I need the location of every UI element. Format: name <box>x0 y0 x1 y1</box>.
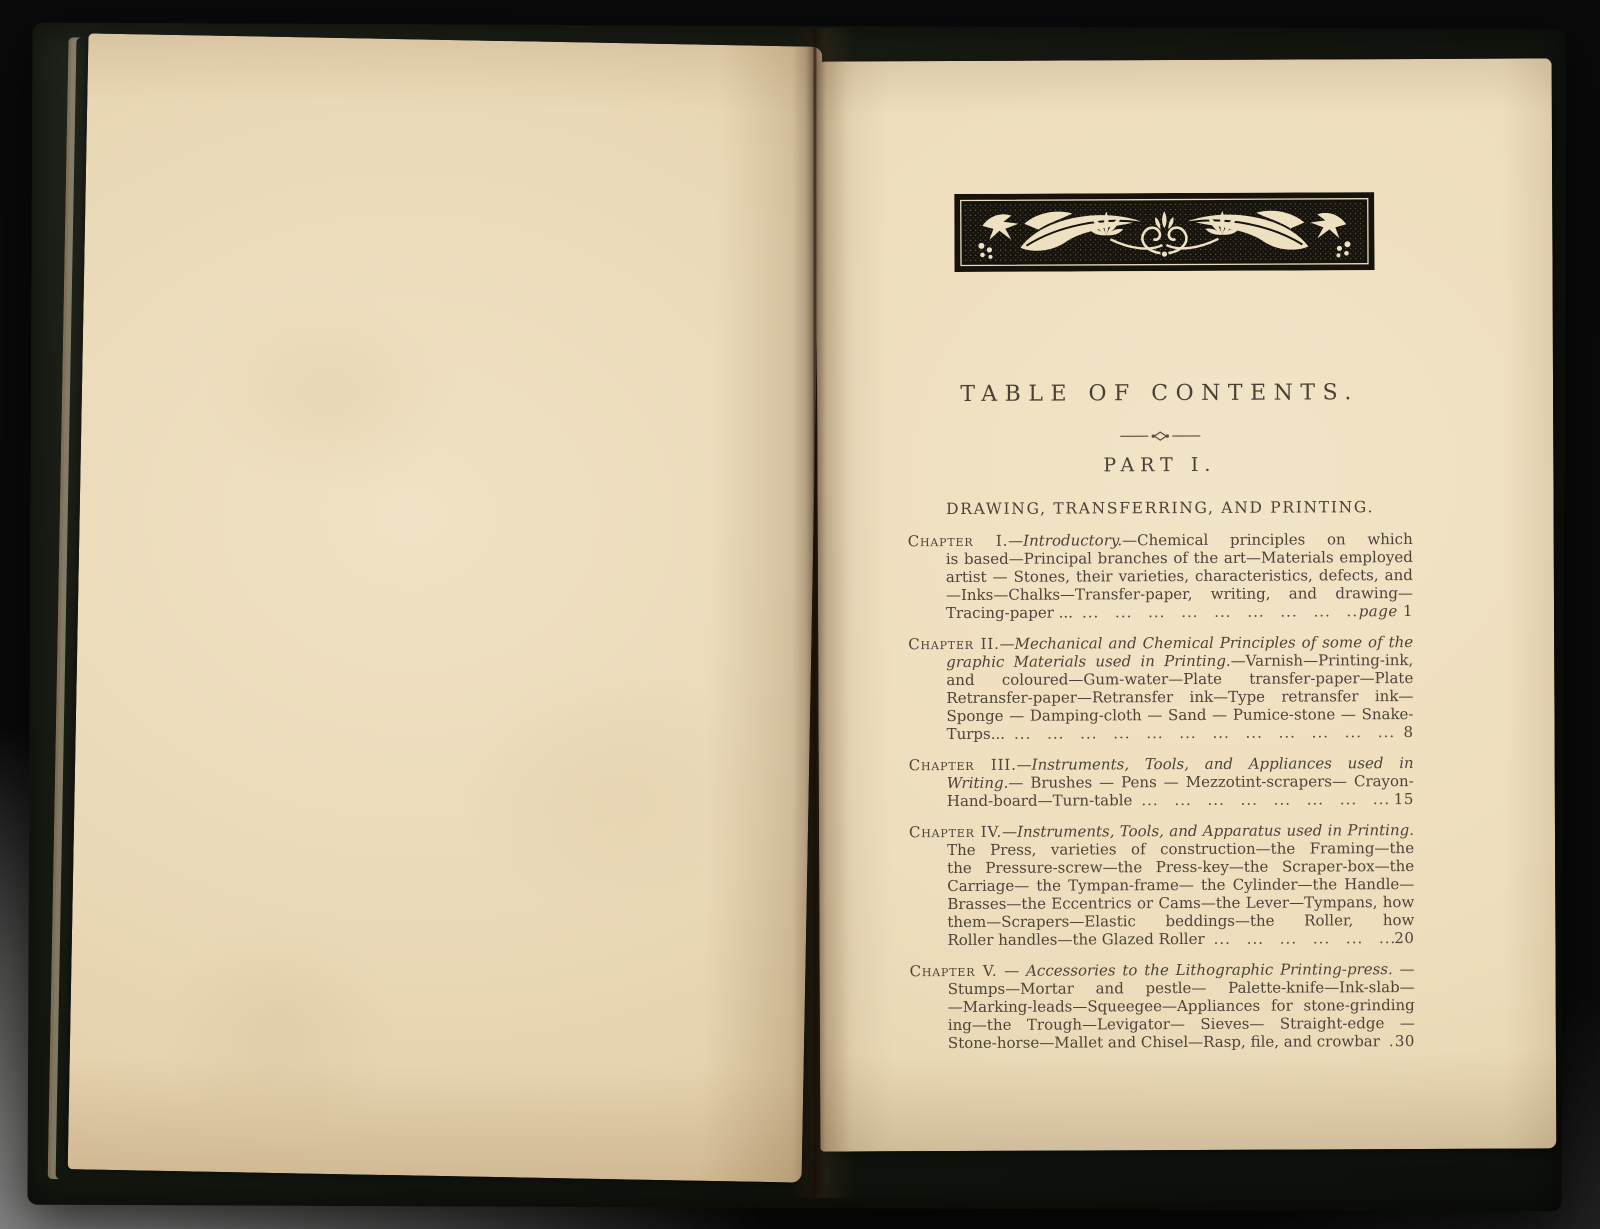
toc-line: Chapter V. — Accessories to the Lithogra… <box>910 960 1415 980</box>
toc-line-text: Hand-board—Turn-table <box>947 791 1133 810</box>
toc-line: Retransfer-paper—Retransfer ink—Type ret… <box>908 687 1413 707</box>
part-subtitle: DRAWING, TRANSFERRING, AND PRINTING. <box>908 497 1413 519</box>
dot-leader: ... ... ... ... ... ... ... ... ... ... … <box>1132 790 1393 809</box>
toc-line: graphic Materials used in Printing.—Varn… <box>908 651 1413 671</box>
toc-line: Hand-board—Turn-table... ... ... ... ...… <box>909 790 1414 810</box>
toc-line: Turps...... ... ... ... ... ... ... ... … <box>909 723 1414 743</box>
page-number: 20 <box>1394 929 1414 947</box>
toc-line: Chapter I.—Introductory.—Chemical princi… <box>908 530 1413 550</box>
dot-leader: ... ... ... ... ... ... ... ... ... ... … <box>1073 602 1359 621</box>
page-number: 30 <box>1395 1032 1415 1050</box>
toc-chapter-entry: Chapter III.—Instruments, Tools, and App… <box>909 754 1414 810</box>
toc-line: ing—the Trough—Levigator— Sieves— Straig… <box>910 1014 1415 1034</box>
page-number: 15 <box>1394 790 1414 808</box>
page-number: page 1 <box>1359 602 1413 620</box>
toc-line: —Marking-leads—Squeegee—Appliances for s… <box>910 996 1415 1016</box>
contents-column: TABLE OF CONTENTS. PART I. DRAWING, TRAN… <box>906 192 1415 1052</box>
left-blank-page <box>68 33 823 1182</box>
toc-line-text: Roller handles—the Glazed Roller <box>947 930 1204 949</box>
toc-chapter-entry: Chapter V. — Accessories to the Lithogra… <box>910 960 1415 1052</box>
toc-line: and coloured—Gum-water—Plate transfer-pa… <box>908 669 1413 689</box>
diamond-divider-icon <box>1119 427 1201 439</box>
toc-line: Sponge — Damping-cloth — Sand — Pumice-s… <box>908 705 1413 725</box>
toc-line: Brasses—the Eccentrics or Cams—the Lever… <box>909 893 1414 913</box>
page-stain <box>158 915 402 1139</box>
toc-line: the Pressure-screw—the Press-key—the Scr… <box>909 857 1414 877</box>
toc-line-text: Tracing-paper ... <box>946 603 1073 622</box>
toc-line: them—Scrapers—Elastic beddings—the Rolle… <box>909 911 1414 931</box>
toc-line: Stone-horse—Mallet and Chisel—Rasp, file… <box>910 1032 1415 1052</box>
page-stain <box>200 296 464 501</box>
toc-line: artist — Stones, their varieties, charac… <box>908 566 1413 586</box>
toc-line: Roller handles—the Glazed Roller... ... … <box>909 929 1414 949</box>
toc-line: Chapter II.—Mechanical and Chemical Prin… <box>908 633 1413 653</box>
toc-line: Chapter IV.—Instruments, Tools, and Appa… <box>909 821 1414 841</box>
toc-line: Tracing-paper ...... ... ... ... ... ...… <box>908 602 1413 622</box>
toc-chapter-entry: Chapter I.—Introductory.—Chemical princi… <box>908 530 1413 622</box>
toc-line: Carriage— the Tympan-frame— the Cylinder… <box>909 875 1414 895</box>
toc-line: Chapter III.—Instruments, Tools, and App… <box>909 754 1414 774</box>
part-heading: PART I. <box>907 452 1412 478</box>
page-title: TABLE OF CONTENTS. <box>907 379 1412 409</box>
dot-leader: ... ... ... ... ... ... ... ... ... ... … <box>1005 723 1404 743</box>
toc-line: Writing.— Brushes — Pens — Mezzotint-scr… <box>909 772 1414 792</box>
toc-line: The Press, varieties of construction—the… <box>909 839 1414 859</box>
right-contents-page: TABLE OF CONTENTS. PART I. DRAWING, TRAN… <box>816 58 1557 1151</box>
toc-chapter-entry: Chapter II.—Mechanical and Chemical Prin… <box>908 633 1413 743</box>
floral-ornament-band-icon <box>954 192 1374 272</box>
toc-chapters: Chapter I.—Introductory.—Chemical princi… <box>908 530 1415 1052</box>
dot-leader: ... ... ... ... ... ... ... <box>1205 929 1395 948</box>
toc-line: is based—Principal branches of the art—M… <box>908 548 1413 568</box>
toc-line: Stumps—Mortar and pestle— Palette-knife—… <box>910 978 1415 998</box>
toc-line-text: Stone-horse—Mallet and Chisel—Rasp, file… <box>948 1032 1380 1052</box>
toc-chapter-entry: Chapter IV.—Instruments, Tools, and Appa… <box>909 821 1415 949</box>
dot-leader: ... .., <box>1380 1032 1395 1050</box>
toc-line-text: Turps... <box>947 725 1006 743</box>
page-number: 8 <box>1403 723 1413 741</box>
photo-backdrop: TABLE OF CONTENTS. PART I. DRAWING, TRAN… <box>0 0 1600 1229</box>
page-stain <box>452 660 777 926</box>
toc-line: —Inks—Chalks—Transfer-paper, writing, an… <box>908 584 1413 604</box>
